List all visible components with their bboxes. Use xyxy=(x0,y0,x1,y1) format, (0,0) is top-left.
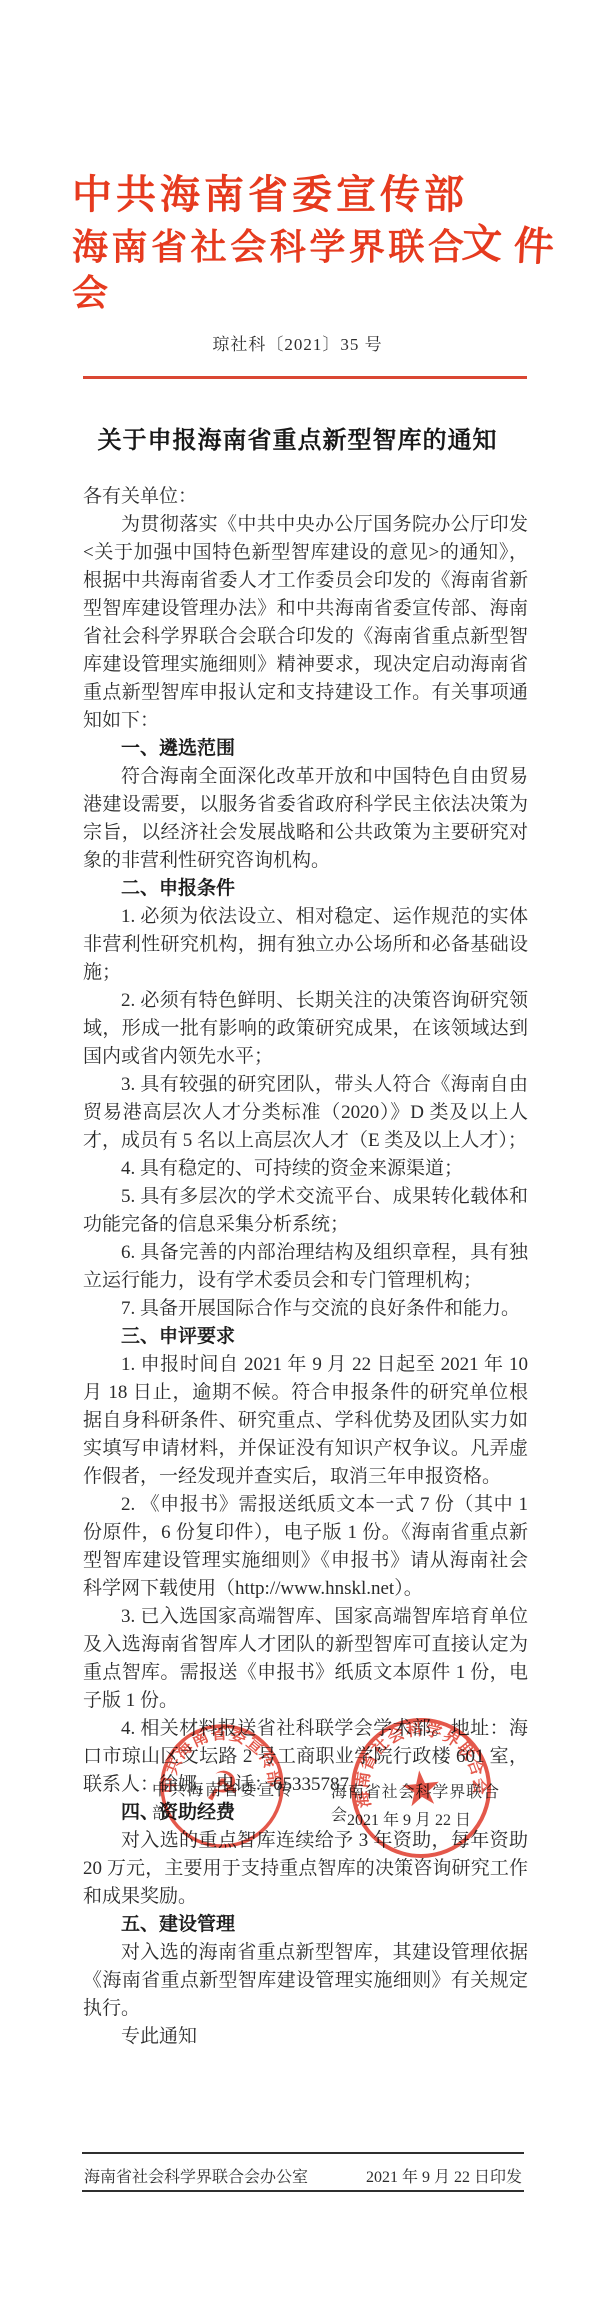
section-2-item-6: 6. 具备完善的内部治理结构及组织章程，具有独立运行能力，设有学术委员会和专门管… xyxy=(83,1239,528,1295)
section-2-item-3: 3. 具有较强的研究团队，带头人符合《海南自由贸易港高层次人才分类标准（2020… xyxy=(83,1071,528,1155)
official-seal-propaganda-dept: 中共海南省委宣传部 ☭ xyxy=(153,1717,292,1856)
star-icon: ★ xyxy=(397,1761,445,1818)
section-2-item-1: 1. 必须为依法设立、相对稳定、运作规范的实体非营利性研究机构，拥有独立办公场所… xyxy=(83,903,528,987)
footer-print-date: 2021 年 9 月 22 日印发 xyxy=(366,2164,522,2187)
document-type-label: 文件 xyxy=(461,211,568,273)
section-2-item-4: 4. 具有稳定的、可持续的资金来源渠道； xyxy=(83,1155,528,1183)
hammer-sickle-icon: ☭ xyxy=(203,1763,241,1810)
section-2-item-7: 7. 具备开展国际合作与交流的良好条件和能力。 xyxy=(83,1295,528,1323)
closing-phrase: 专此通知 xyxy=(83,2023,528,2051)
section-5-paragraph: 对入选的海南省重点新型智库，其建设管理依据《海南省重点新型智库建设管理实施细则》… xyxy=(83,1939,528,2023)
issuing-orgs: 中共海南省委宣传部 海南省社会科学界联合会 xyxy=(72,172,464,316)
section-5-heading: 五、建设管理 xyxy=(83,1911,528,1939)
issuing-org-line2: 海南省社会科学界联合会 xyxy=(72,224,464,316)
document-title: 关于申报海南省重点新型智库的通知 xyxy=(0,420,595,455)
issuing-org-line1: 中共海南省委宣传部 xyxy=(72,172,464,218)
footer-issuer: 海南省社会科学界联合会办公室 xyxy=(84,2164,308,2187)
section-3-item-1: 1. 申报时间自 2021 年 9 月 22 日起至 2021 年 10 月 1… xyxy=(83,1351,528,1491)
section-3-item-3: 3. 已入选国家高端智库、国家高端智库培育单位及入选海南省智库人才团队的新型智库… xyxy=(83,1603,528,1715)
salutation: 各有关单位： xyxy=(83,483,528,511)
section-2-heading: 二、申报条件 xyxy=(83,875,528,903)
section-3-heading: 三、申评要求 xyxy=(83,1323,528,1351)
official-seal-social-science-federation: 海南省社会科学界联合会 ★ xyxy=(339,1706,504,1871)
section-2-item-5: 5. 具有多层次的学术交流平台、成果转化载体和功能完备的信息采集分析系统； xyxy=(83,1183,528,1239)
letterhead: 中共海南省委宣传部 海南省社会科学界联合会 文件 xyxy=(72,172,542,316)
section-2-item-2: 2. 必须有特色鲜明、长期关注的决策咨询研究领域，形成一批有影响的政策研究成果，… xyxy=(83,987,528,1071)
footer-colophon: 海南省社会科学界联合会办公室 2021 年 9 月 22 日印发 xyxy=(82,2152,524,2192)
red-divider-line xyxy=(83,376,527,379)
section-1-paragraph: 符合海南全面深化改革开放和中国特色自由贸易港建设需要，以服务省委省政府科学民主依… xyxy=(83,763,528,875)
section-3-item-2: 2. 《申报书》需报送纸质文本一式 7 份（其中 1 份原件，6 份复印件），电… xyxy=(83,1491,528,1603)
intro-paragraph: 为贯彻落实《中共中央办公厅国务院办公厅印发<关于加强中国特色新型智库建设的意见>… xyxy=(83,511,528,735)
document-number: 琼社科〔2021〕35 号 xyxy=(0,330,595,355)
section-1-heading: 一、遴选范围 xyxy=(83,735,528,763)
document-page: 中共海南省委宣传部 海南省社会科学界联合会 文件 琼社科〔2021〕35 号 关… xyxy=(0,0,595,2308)
